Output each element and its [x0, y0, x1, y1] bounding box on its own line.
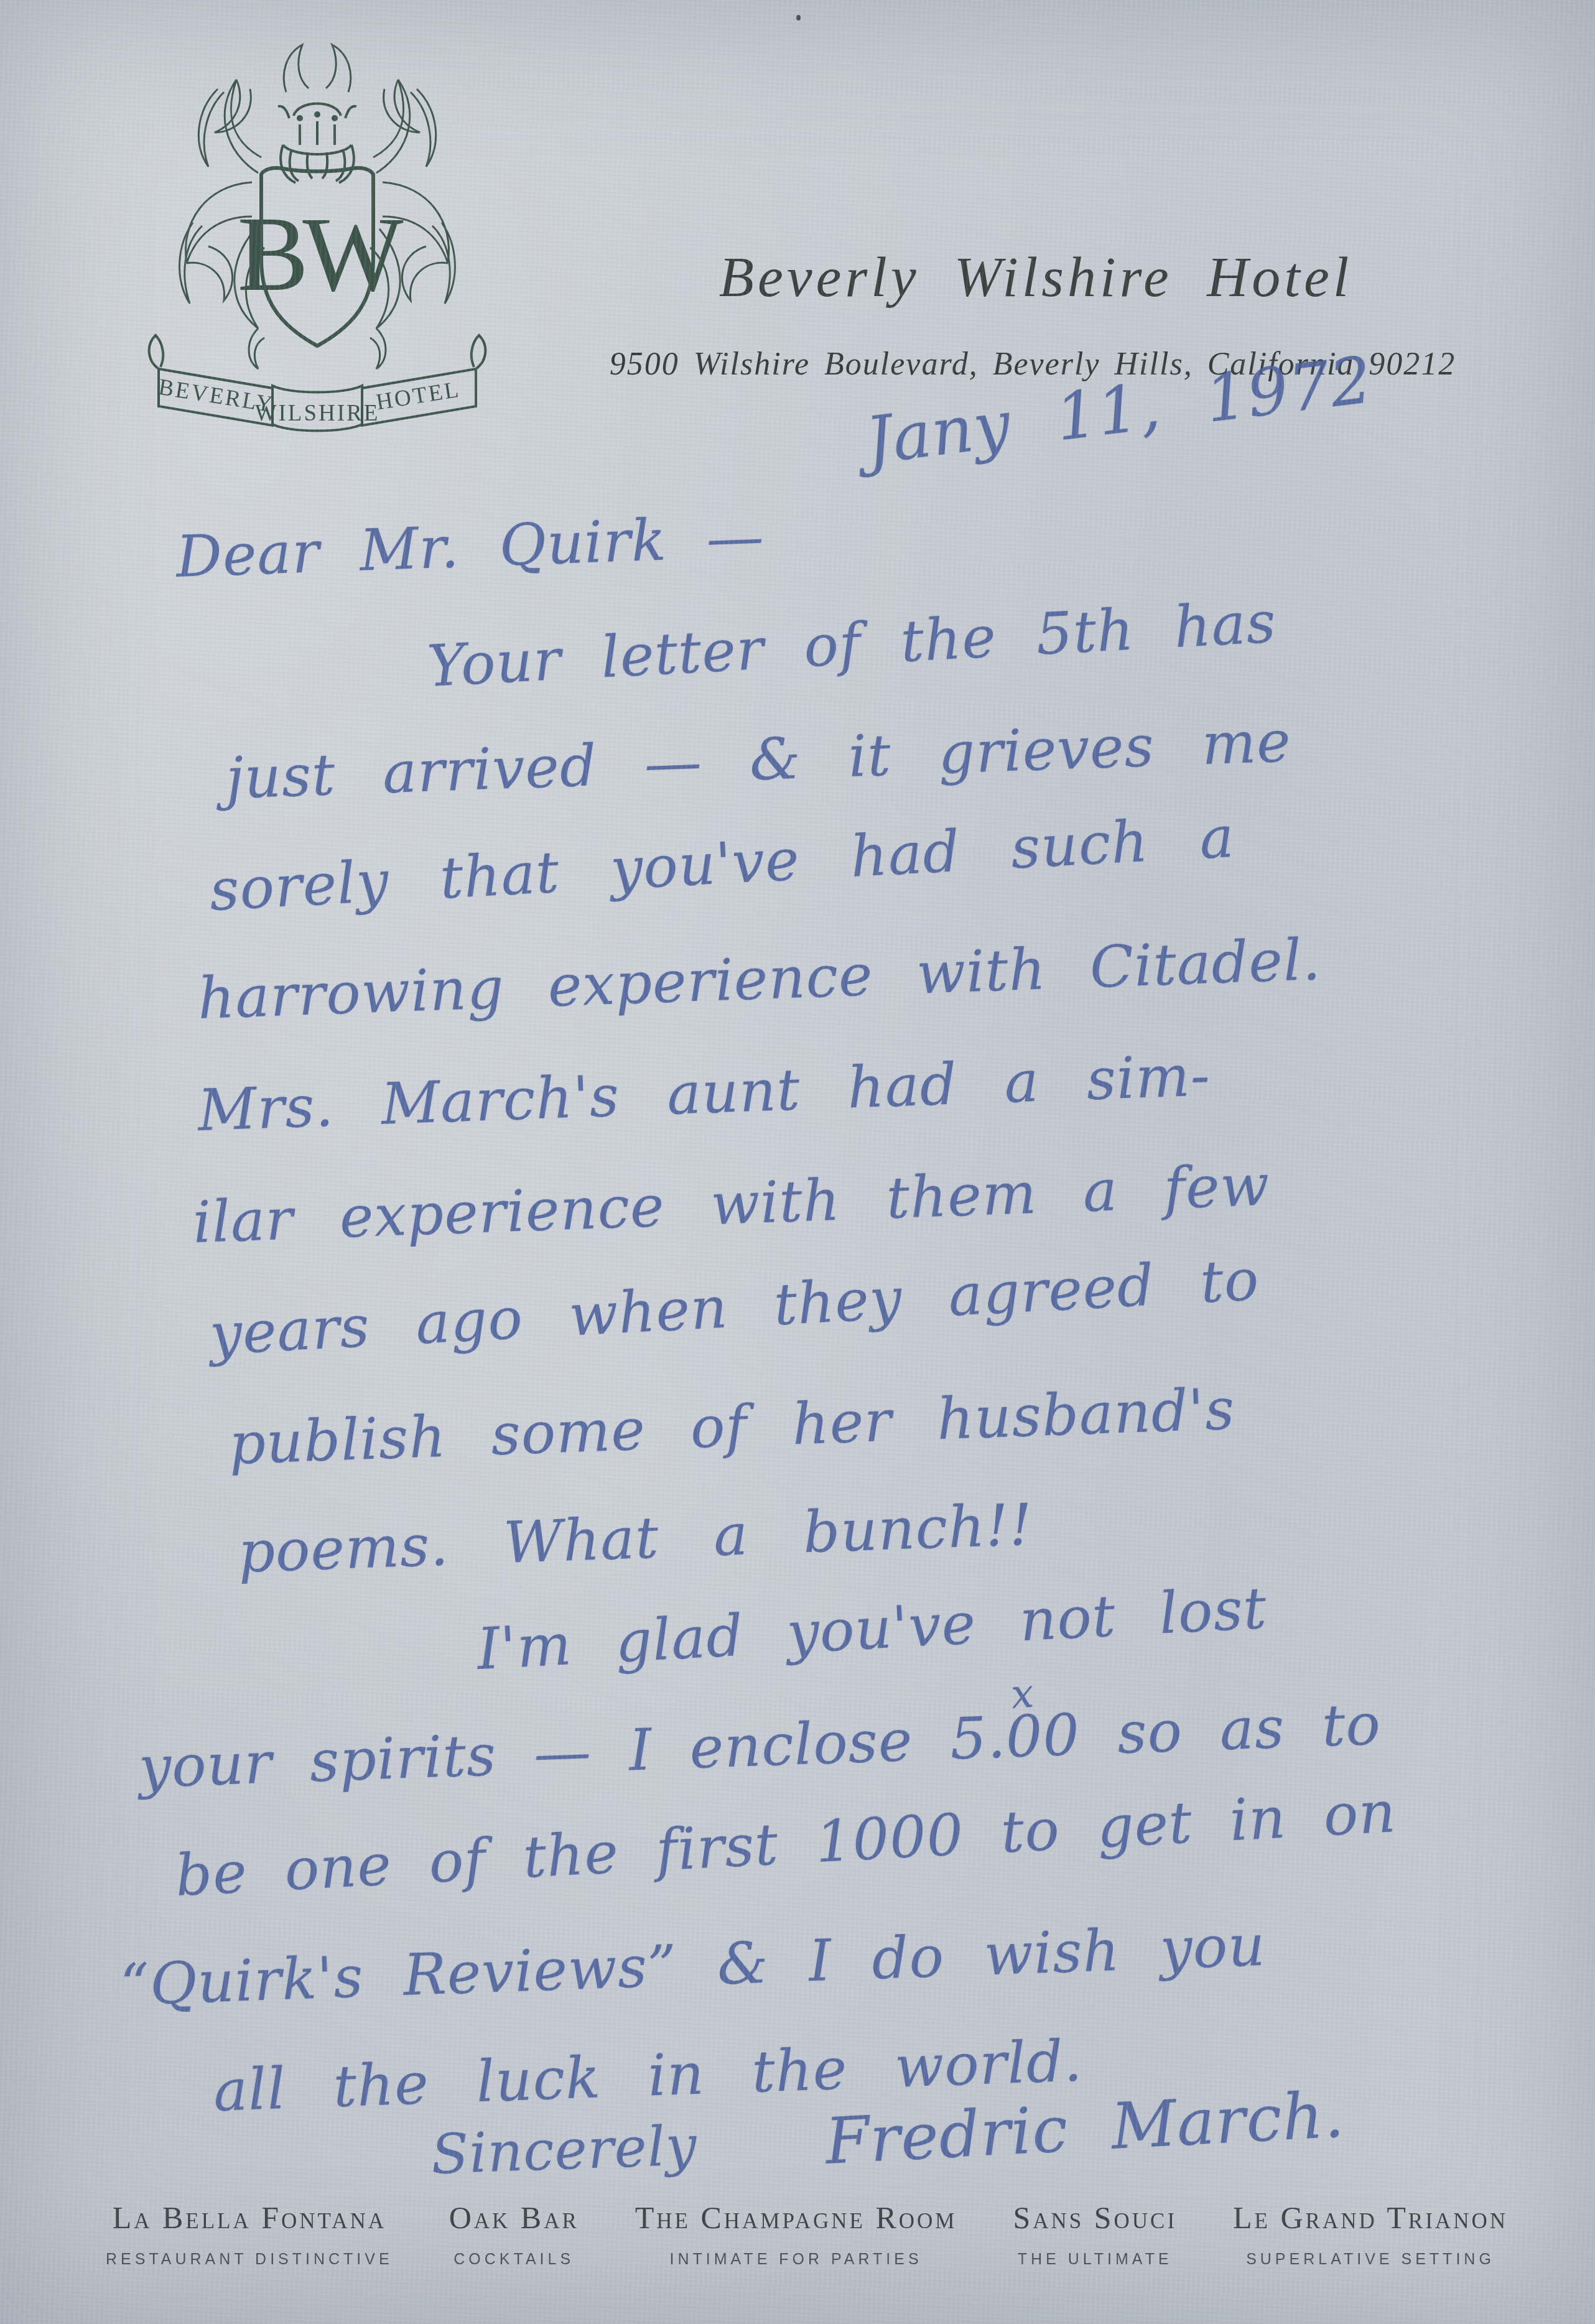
paper-speck	[796, 15, 801, 21]
venue-la-bella-fontana: La Bella Fontana RESTAURANT DISTINCTIVE	[106, 2202, 393, 2267]
handwritten-line: ilar experience with them a few	[192, 1152, 1271, 1256]
handwritten-line: Your letter of the 5th has	[425, 589, 1278, 700]
handwritten-line: publish some of her husband's	[228, 1376, 1236, 1477]
letter-page: BW BEVERLY WILSHIRE HOTEL Beverly Wilshi…	[0, 0, 1595, 2324]
venue-tagline: COCKTAILS	[449, 2252, 579, 2267]
handwritten-line: poems. What a bunch!!	[237, 1491, 1034, 1586]
venue-tagline: THE ULTIMATE	[1013, 2252, 1177, 2267]
handwritten-salutation: Dear Mr. Quirk —	[175, 503, 765, 590]
crest-monogram: BW	[237, 195, 403, 314]
crest-banner-wilshire: WILSHIRE	[255, 401, 380, 426]
hotel-name: Beverly Wilshire Hotel	[635, 244, 1437, 310]
venue-oak-bar: Oak Bar COCKTAILS	[449, 2202, 579, 2267]
venue-name: The Champagne Room	[635, 2202, 957, 2233]
handwritten-line: Mrs. March's aunt had a sim-	[197, 1042, 1211, 1144]
handwritten-line: harrowing experience with Citadel.	[197, 926, 1322, 1032]
venue-grand-trianon: Le Grand Trianon SUPERLATIVE SETTING	[1233, 2202, 1508, 2267]
footer-venues: La Bella Fontana RESTAURANT DISTINCTIVE …	[106, 2202, 1508, 2267]
hotel-crest-logo: BW BEVERLY WILSHIRE HOTEL	[128, 17, 507, 440]
handwritten-line: your spirits — I enclose 5.00 so as to	[137, 1691, 1382, 1801]
venue-tagline: SUPERLATIVE SETTING	[1233, 2252, 1508, 2267]
venue-sans-souci: Sans Souci THE ULTIMATE	[1013, 2202, 1177, 2267]
handwritten-line: sorely that you've had such a	[208, 804, 1235, 924]
handwritten-closing: Sincerely	[430, 2113, 698, 2187]
handwritten-line: just arrived — & it grieves me	[225, 708, 1292, 812]
venue-champagne-room: The Champagne Room INTIMATE FOR PARTIES	[635, 2202, 957, 2267]
venue-name: Oak Bar	[449, 2202, 579, 2233]
venue-tagline: INTIMATE FOR PARTIES	[635, 2252, 957, 2267]
handwritten-line: I'm glad you've not lost	[475, 1575, 1268, 1683]
handwritten-line: be one of the first 1000 to get in on	[174, 1778, 1397, 1909]
venue-name: Le Grand Trianon	[1233, 2202, 1508, 2233]
handwritten-line: years ago when they agreed to	[208, 1247, 1260, 1368]
crest-banner-hotel: HOTEL	[374, 377, 462, 416]
handwritten-line: “Quirk's Reviews” & I do wish you	[119, 1912, 1267, 2019]
venue-tagline: RESTAURANT DISTINCTIVE	[106, 2252, 393, 2267]
venue-name: La Bella Fontana	[106, 2202, 393, 2233]
venue-name: Sans Souci	[1013, 2202, 1177, 2233]
